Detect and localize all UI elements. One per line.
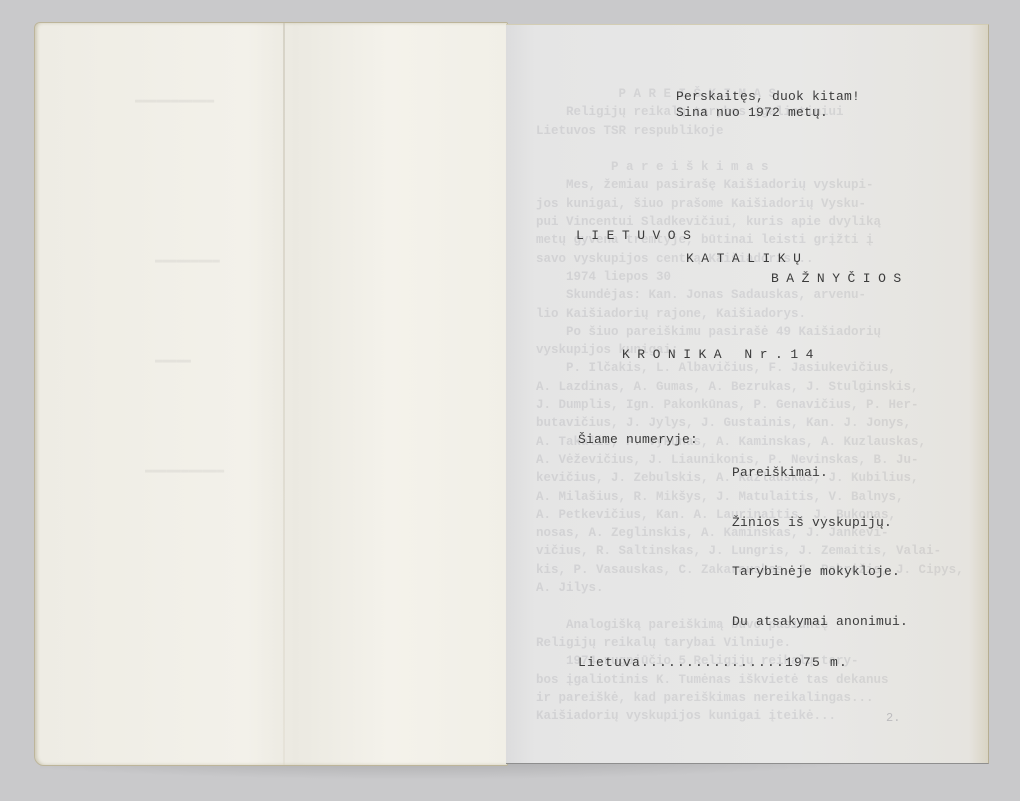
contents-item: Tarybinėje mokykloje. [732, 564, 908, 581]
left-ghost-text-3: ▬▬▬▬▬ [155, 353, 191, 367]
title-baznycios: BAŽNYČIOS [771, 271, 909, 286]
title-kataliku: KATALIKŲ [686, 251, 808, 266]
page-number: 2. [886, 711, 900, 725]
contents-item: Pareiškimai. [732, 465, 908, 482]
contents-item: Žinios iš vyskupijų. [732, 515, 908, 532]
left-ghost-text-1: ▬▬▬▬▬▬▬▬▬▬▬ [135, 93, 214, 107]
left-ghost-text-4: ▬▬▬▬▬▬▬▬▬▬▬ [145, 463, 224, 477]
contents-item: Du atsakymai anonimui. [732, 614, 908, 631]
motto-line-1: Perskaitęs, duok kitam! [676, 89, 860, 104]
motto-line-2: Sina nuo 1972 metų. [676, 105, 828, 120]
left-ghost-text-2: ▬▬▬▬▬▬▬▬▬ [155, 253, 220, 267]
left-page: ▬▬▬▬▬▬▬▬▬▬▬ ▬▬▬▬▬▬▬▬▬ ▬▬▬▬▬ ▬▬▬▬▬▬▬▬▬▬▬ [34, 22, 508, 766]
footer-place-date: Lietuva................1975 m. [578, 655, 848, 670]
title-lietuvos: LIETUVOS [576, 228, 698, 243]
contents-list: Pareiškimai. Žinios iš vyskupijų. Tarybi… [732, 432, 908, 663]
right-page: P A R E I Š K I M A S Religijų reikalų t… [506, 24, 989, 764]
title-kronika: KRONIKA Nr.14 [622, 347, 821, 362]
page-fold [283, 23, 285, 765]
contents-label: Šiame numeryje: [578, 432, 698, 447]
